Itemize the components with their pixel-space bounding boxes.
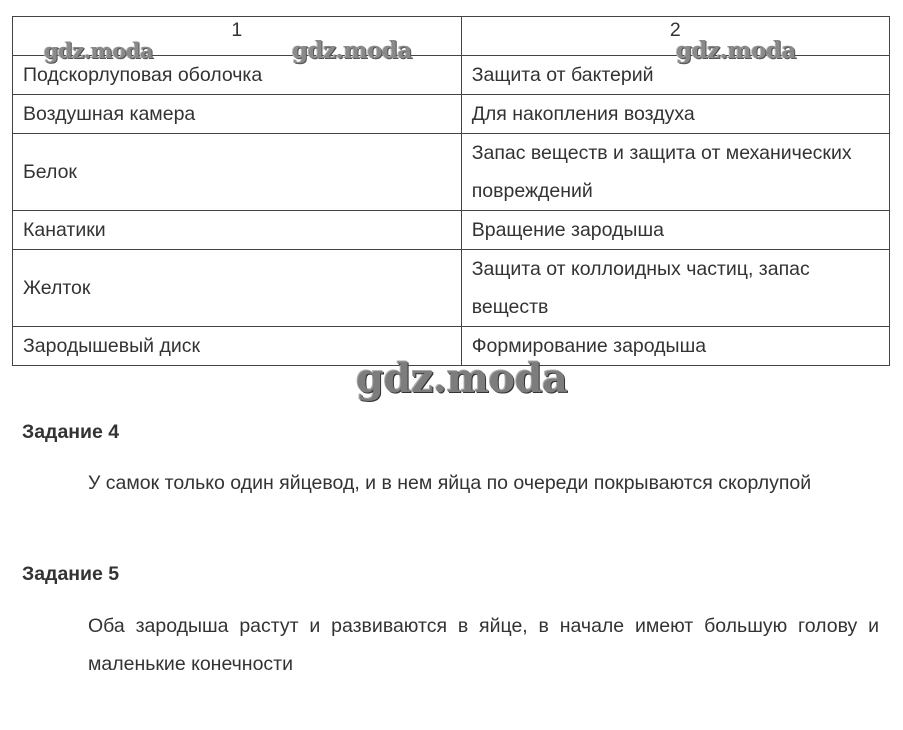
table-row: Воздушная камера Для накопления воздуха [13, 95, 890, 134]
watermark: gdz.moda [44, 38, 153, 63]
task-5-title: Задание 5 [22, 563, 119, 586]
task-4-answer: У самок только один яйцевод, и в нем яйц… [88, 464, 879, 502]
part-cell: Белок [13, 134, 462, 211]
table-row: Желток Защита от коллоидных частиц, запа… [13, 250, 890, 327]
part-cell: Желток [13, 250, 462, 327]
function-cell: Для накопления воздуха [461, 95, 889, 134]
task-5-answer: Оба зародыша растут и развиваются в яйце… [88, 607, 879, 683]
watermark: gdz.moda [292, 37, 412, 64]
watermark-large: gdz.moda [356, 355, 567, 402]
function-cell: Запас веществ и защита от механических п… [461, 134, 889, 211]
function-cell: Вращение зародыша [461, 211, 889, 250]
egg-structure-table: 1 2 Подскорлуповая оболочка Защита от ба… [12, 16, 890, 366]
task-4-title: Задание 4 [22, 421, 119, 444]
function-cell: Защита от коллоидных частиц, запас вещес… [461, 250, 889, 327]
part-cell: Воздушная камера [13, 95, 462, 134]
watermark: gdz.moda [676, 37, 796, 64]
part-cell: Канатики [13, 211, 462, 250]
table-row: Белок Запас веществ и защита от механиче… [13, 134, 890, 211]
table-row: Канатики Вращение зародыша [13, 211, 890, 250]
